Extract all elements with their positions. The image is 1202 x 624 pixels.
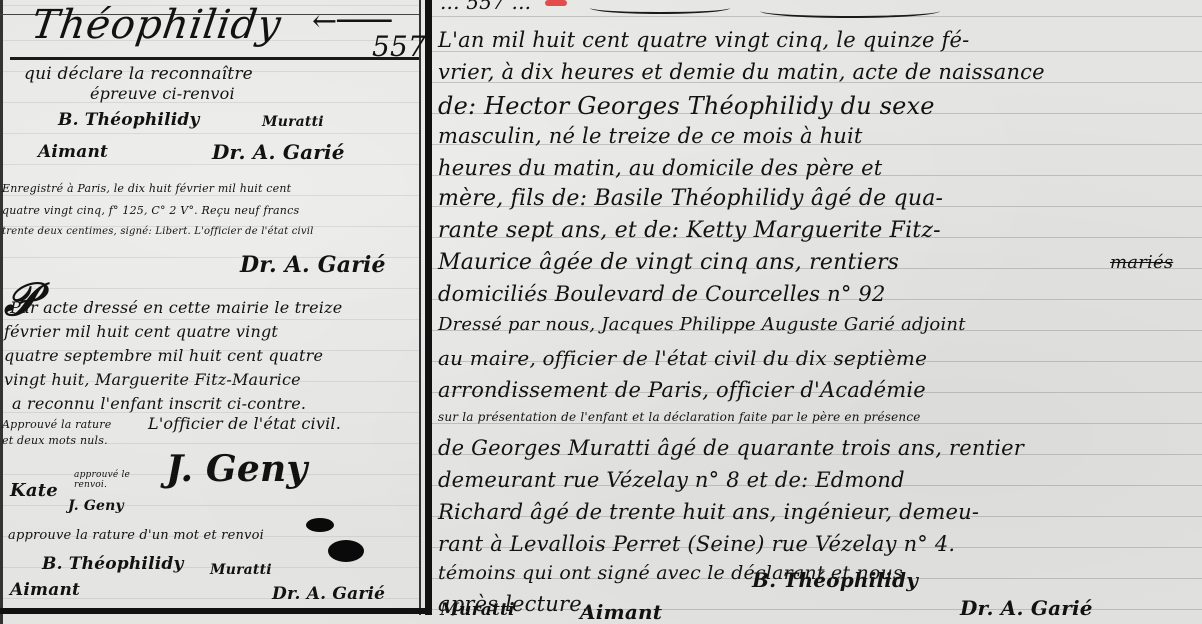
signature: Dr. A. Garié bbox=[272, 584, 385, 604]
record-line: de Georges Muratti âgé de quarante trois… bbox=[438, 436, 1024, 460]
acknowledgement-note-line: février mil huit cent quatre vingt bbox=[4, 322, 278, 341]
signature: Dr. A. Garié bbox=[240, 252, 386, 278]
record-line: Dressé par nous, Jacques Philippe August… bbox=[438, 314, 966, 335]
surname-heading: Théophilidy bbox=[29, 2, 285, 48]
recognition-note-line: épreuve ci-renvoi bbox=[90, 84, 235, 103]
record-line: arrondissement de Paris, officier d'Acad… bbox=[438, 378, 926, 402]
record-line: domiciliés Boulevard de Courcelles n° 92 bbox=[438, 282, 886, 306]
margin-divider-thick bbox=[425, 0, 432, 615]
kate-initial: Kate bbox=[10, 480, 58, 501]
margin-header-rule bbox=[10, 57, 420, 60]
record-line-mother: rante sept ans, et de: Ketty Marguerite … bbox=[438, 218, 941, 243]
record-number: 557 bbox=[372, 30, 426, 63]
record-line: masculin, né le treize de ce mois à huit bbox=[438, 124, 863, 148]
struck-word: mariés bbox=[1110, 252, 1173, 273]
record-line: Maurice âgée de vingt cinq ans, rentiers bbox=[438, 250, 899, 275]
acknowledgement-note-line: et deux mots nuls. bbox=[2, 434, 108, 447]
record-line: L'an mil huit cent quatre vingt cinq, le… bbox=[438, 28, 969, 52]
signature: Muratti bbox=[210, 562, 272, 578]
record-line: vrier, à dix heures et demie du matin, a… bbox=[438, 60, 1045, 84]
header-fragment: ... 557 ... bbox=[440, 0, 531, 14]
signature: Aimant bbox=[38, 142, 108, 162]
header-flourish bbox=[590, 2, 730, 14]
record-line: sur la présentation de l'enfant et la dé… bbox=[438, 410, 921, 424]
registration-note-line: quatre vingt cinq, f° 125, C° 2 V°. Reçu… bbox=[2, 204, 299, 217]
acknowledgement-note-line: Par acte dressé en cette mairie le treiz… bbox=[10, 298, 342, 317]
record-line: au maire, officier de l'état civil du di… bbox=[438, 346, 927, 370]
signature: B. Théophilidy bbox=[42, 554, 184, 574]
signature-witness-1: Muratti bbox=[440, 600, 515, 620]
red-ink-mark bbox=[545, 0, 567, 6]
record-line: Richard âgé de trente huit ans, ingénieu… bbox=[438, 500, 979, 524]
kate-approval-note: approuvé le renvoi. bbox=[74, 470, 138, 490]
acknowledgement-note-line: Approuvé la rature bbox=[2, 418, 111, 431]
recognition-note-line: qui déclare la reconnaître bbox=[24, 64, 253, 84]
rature-approval-line: approuve la rature d'un mot et renvoi bbox=[8, 528, 264, 543]
signature: Dr. A. Garié bbox=[212, 140, 345, 164]
registration-note-line: Enregistré à Paris, le dix huit février … bbox=[2, 182, 291, 195]
margin-bottom-rule bbox=[0, 608, 432, 614]
signature: Aimant bbox=[10, 580, 80, 600]
left-edge-border bbox=[0, 0, 3, 624]
record-line-father: mère, fils de: Basile Théophilidy âgé de… bbox=[438, 186, 943, 211]
signature: Muratti bbox=[262, 114, 324, 130]
record-line: rant à Levallois Perret (Seine) rue Véze… bbox=[438, 532, 955, 556]
ink-blot bbox=[328, 540, 364, 562]
signature: J. Geny bbox=[166, 448, 307, 490]
signature-officer: Dr. A. Garié bbox=[960, 596, 1093, 620]
header-flourish bbox=[760, 4, 940, 18]
signature-witness-2: Aimant bbox=[580, 600, 662, 624]
acknowledgement-note-line: L'officier de l'état civil. bbox=[148, 414, 341, 433]
registration-note-line: trente deux centimes, signé: Libert. L'o… bbox=[2, 226, 314, 237]
acknowledgement-note-line: a reconnu l'enfant inscrit ci-contre. bbox=[12, 394, 306, 413]
signature: B. Théophilidy bbox=[58, 110, 200, 130]
signature-declarant: B. Théophilidy bbox=[752, 568, 918, 592]
margin-divider-thin bbox=[419, 0, 421, 615]
small-signature: J. Geny bbox=[68, 498, 124, 514]
ink-blot bbox=[306, 518, 334, 532]
record-line: demeurant rue Vézelay n° 8 et de: Edmond bbox=[438, 468, 905, 492]
acknowledgement-note-line: vingt huit, Marguerite Fitz-Maurice bbox=[4, 370, 301, 389]
acknowledgement-note-line: quatre septembre mil huit cent quatre bbox=[4, 346, 323, 365]
record-line-child-name: de: Hector Georges Théophilidy du sexe bbox=[438, 92, 935, 120]
record-line: heures du matin, au domicile des père et bbox=[438, 156, 882, 180]
